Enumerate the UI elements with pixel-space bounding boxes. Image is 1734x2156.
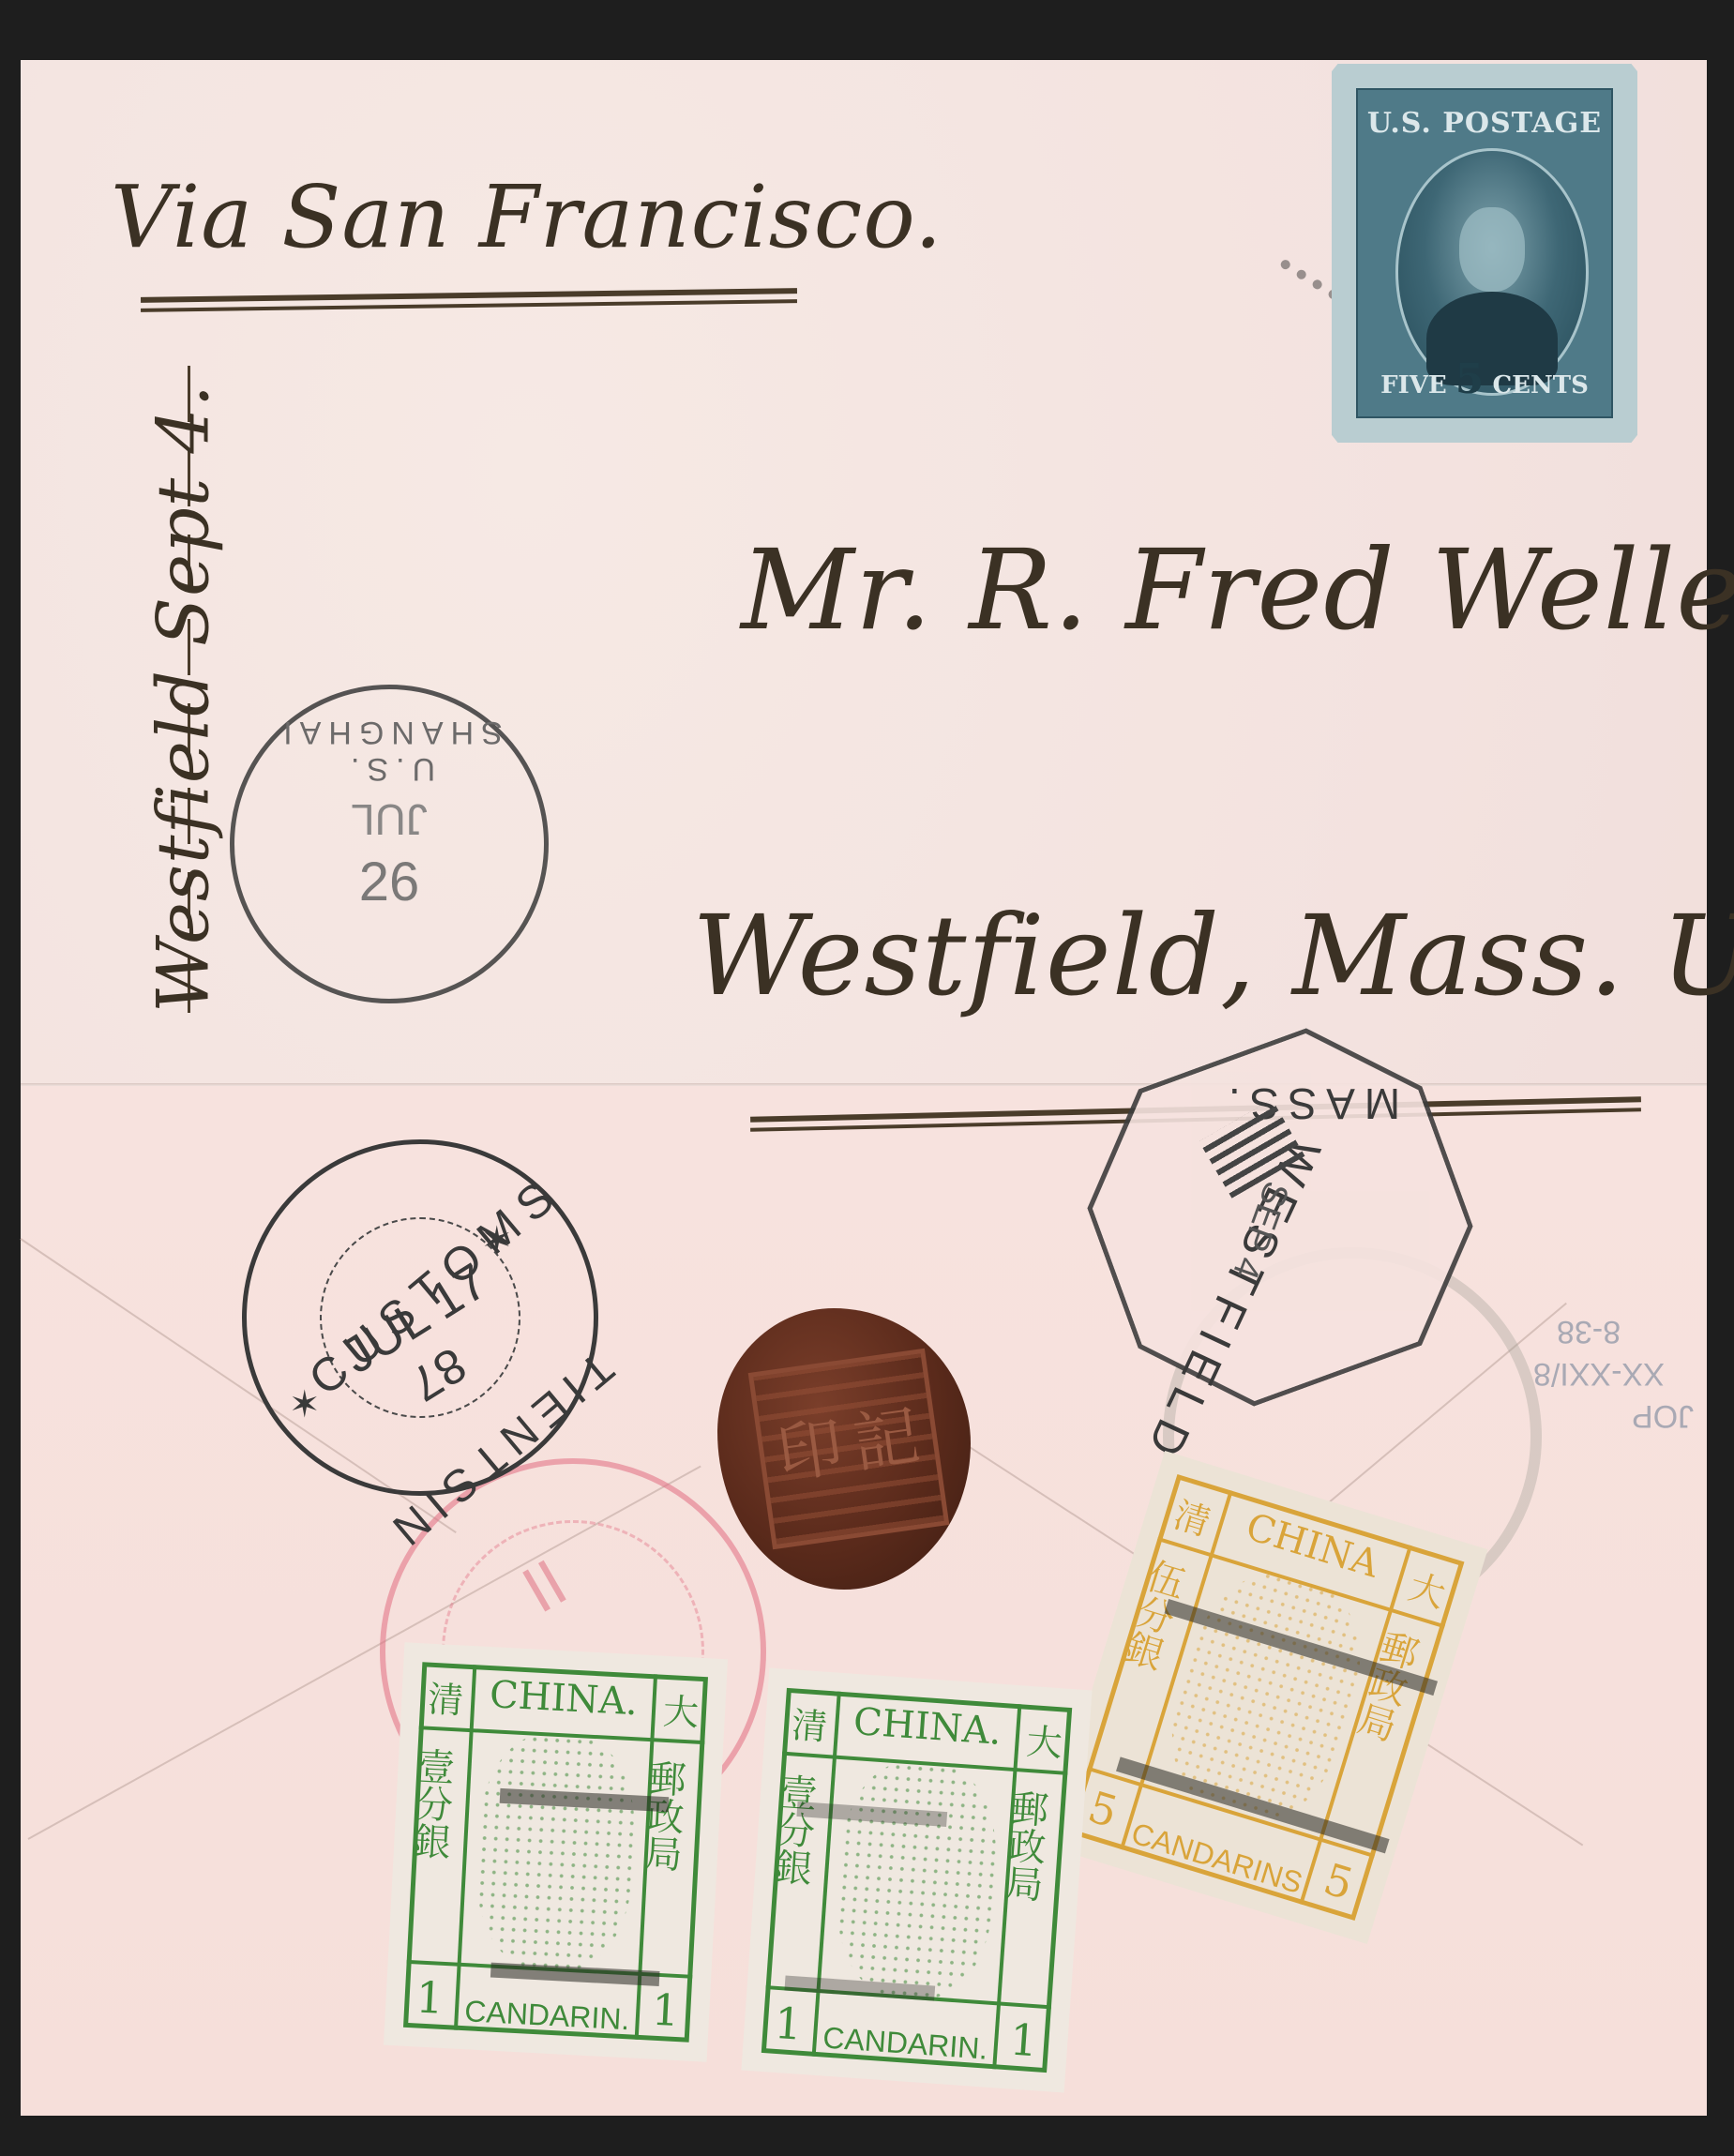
us-stamp-top-label: U.S. POSTAGE: [1358, 107, 1611, 140]
us-stamp-design: U.S. POSTAGE FIVE 5 CENTS: [1356, 88, 1613, 418]
stamp-value-left: 1: [415, 1971, 445, 2023]
stamp-cancel: [490, 1788, 669, 1986]
star-icon: ✶: [481, 1219, 513, 1262]
us-stamp: U.S. POSTAGE FIVE 5 CENTS: [1332, 64, 1637, 443]
addressee-city: Westfield, Mass. U.S.A.: [692, 891, 1734, 1020]
us-stamp-numeral: 5: [1455, 355, 1485, 403]
docket-note: Westfield Sept 4.: [142, 361, 225, 1036]
fold-line: [21, 1083, 1707, 1086]
route-endorsement: Via San Francisco.: [111, 167, 942, 267]
wax-seal-impression: 印 記: [748, 1349, 950, 1550]
us-stamp-value-label: FIVE 5 CENTS: [1358, 355, 1611, 403]
wax-seal-char-1: 印: [770, 1394, 848, 1497]
stamp-right-column: 郵政局: [1010, 1788, 1061, 1904]
pencil-note: 8-38: [1557, 1313, 1621, 1349]
postmark-shanghai-ring: U.S. SHANGHAI: [234, 714, 544, 787]
postmark-customs-tientsin: CUSTOMS JUL 17 87 TIENTSIN ✶ ✶: [242, 1139, 598, 1496]
stamp-cancel: [784, 1802, 947, 2001]
china-stamp-1-candarin-left: 清 大 CHINA. 壹分銀 郵政局 1 1 CANDARIN.: [384, 1642, 728, 2061]
star-icon: ✶: [289, 1383, 321, 1426]
us-stamp-five: FIVE: [1380, 371, 1447, 400]
postmark-shanghai-day: 26: [234, 851, 544, 913]
china-stamp-1-candarin-right: 清 大 CHINA. 壹分銀 郵政局 1 1 CANDARIN.: [741, 1667, 1092, 2092]
stamp-left-column: 壹分銀: [417, 1746, 466, 1861]
postmark-shanghai-month: JUL: [234, 794, 544, 845]
pencil-note: XX-XXI/8: [1533, 1355, 1665, 1392]
pencil-note: JOP: [1632, 1397, 1694, 1434]
wax-seal-char-2: 記: [847, 1383, 925, 1486]
addressee-name: Mr. R. Fred Weller,: [741, 525, 1734, 655]
us-stamp-cents: CENTS: [1492, 371, 1588, 400]
stamp-value-right: 1: [1008, 2013, 1039, 2066]
postmark-shanghai: U.S. SHANGHAI JUL 26: [230, 685, 549, 1003]
portrait-face: [1459, 207, 1525, 292]
stamp-value-right: 1: [651, 1984, 681, 2036]
